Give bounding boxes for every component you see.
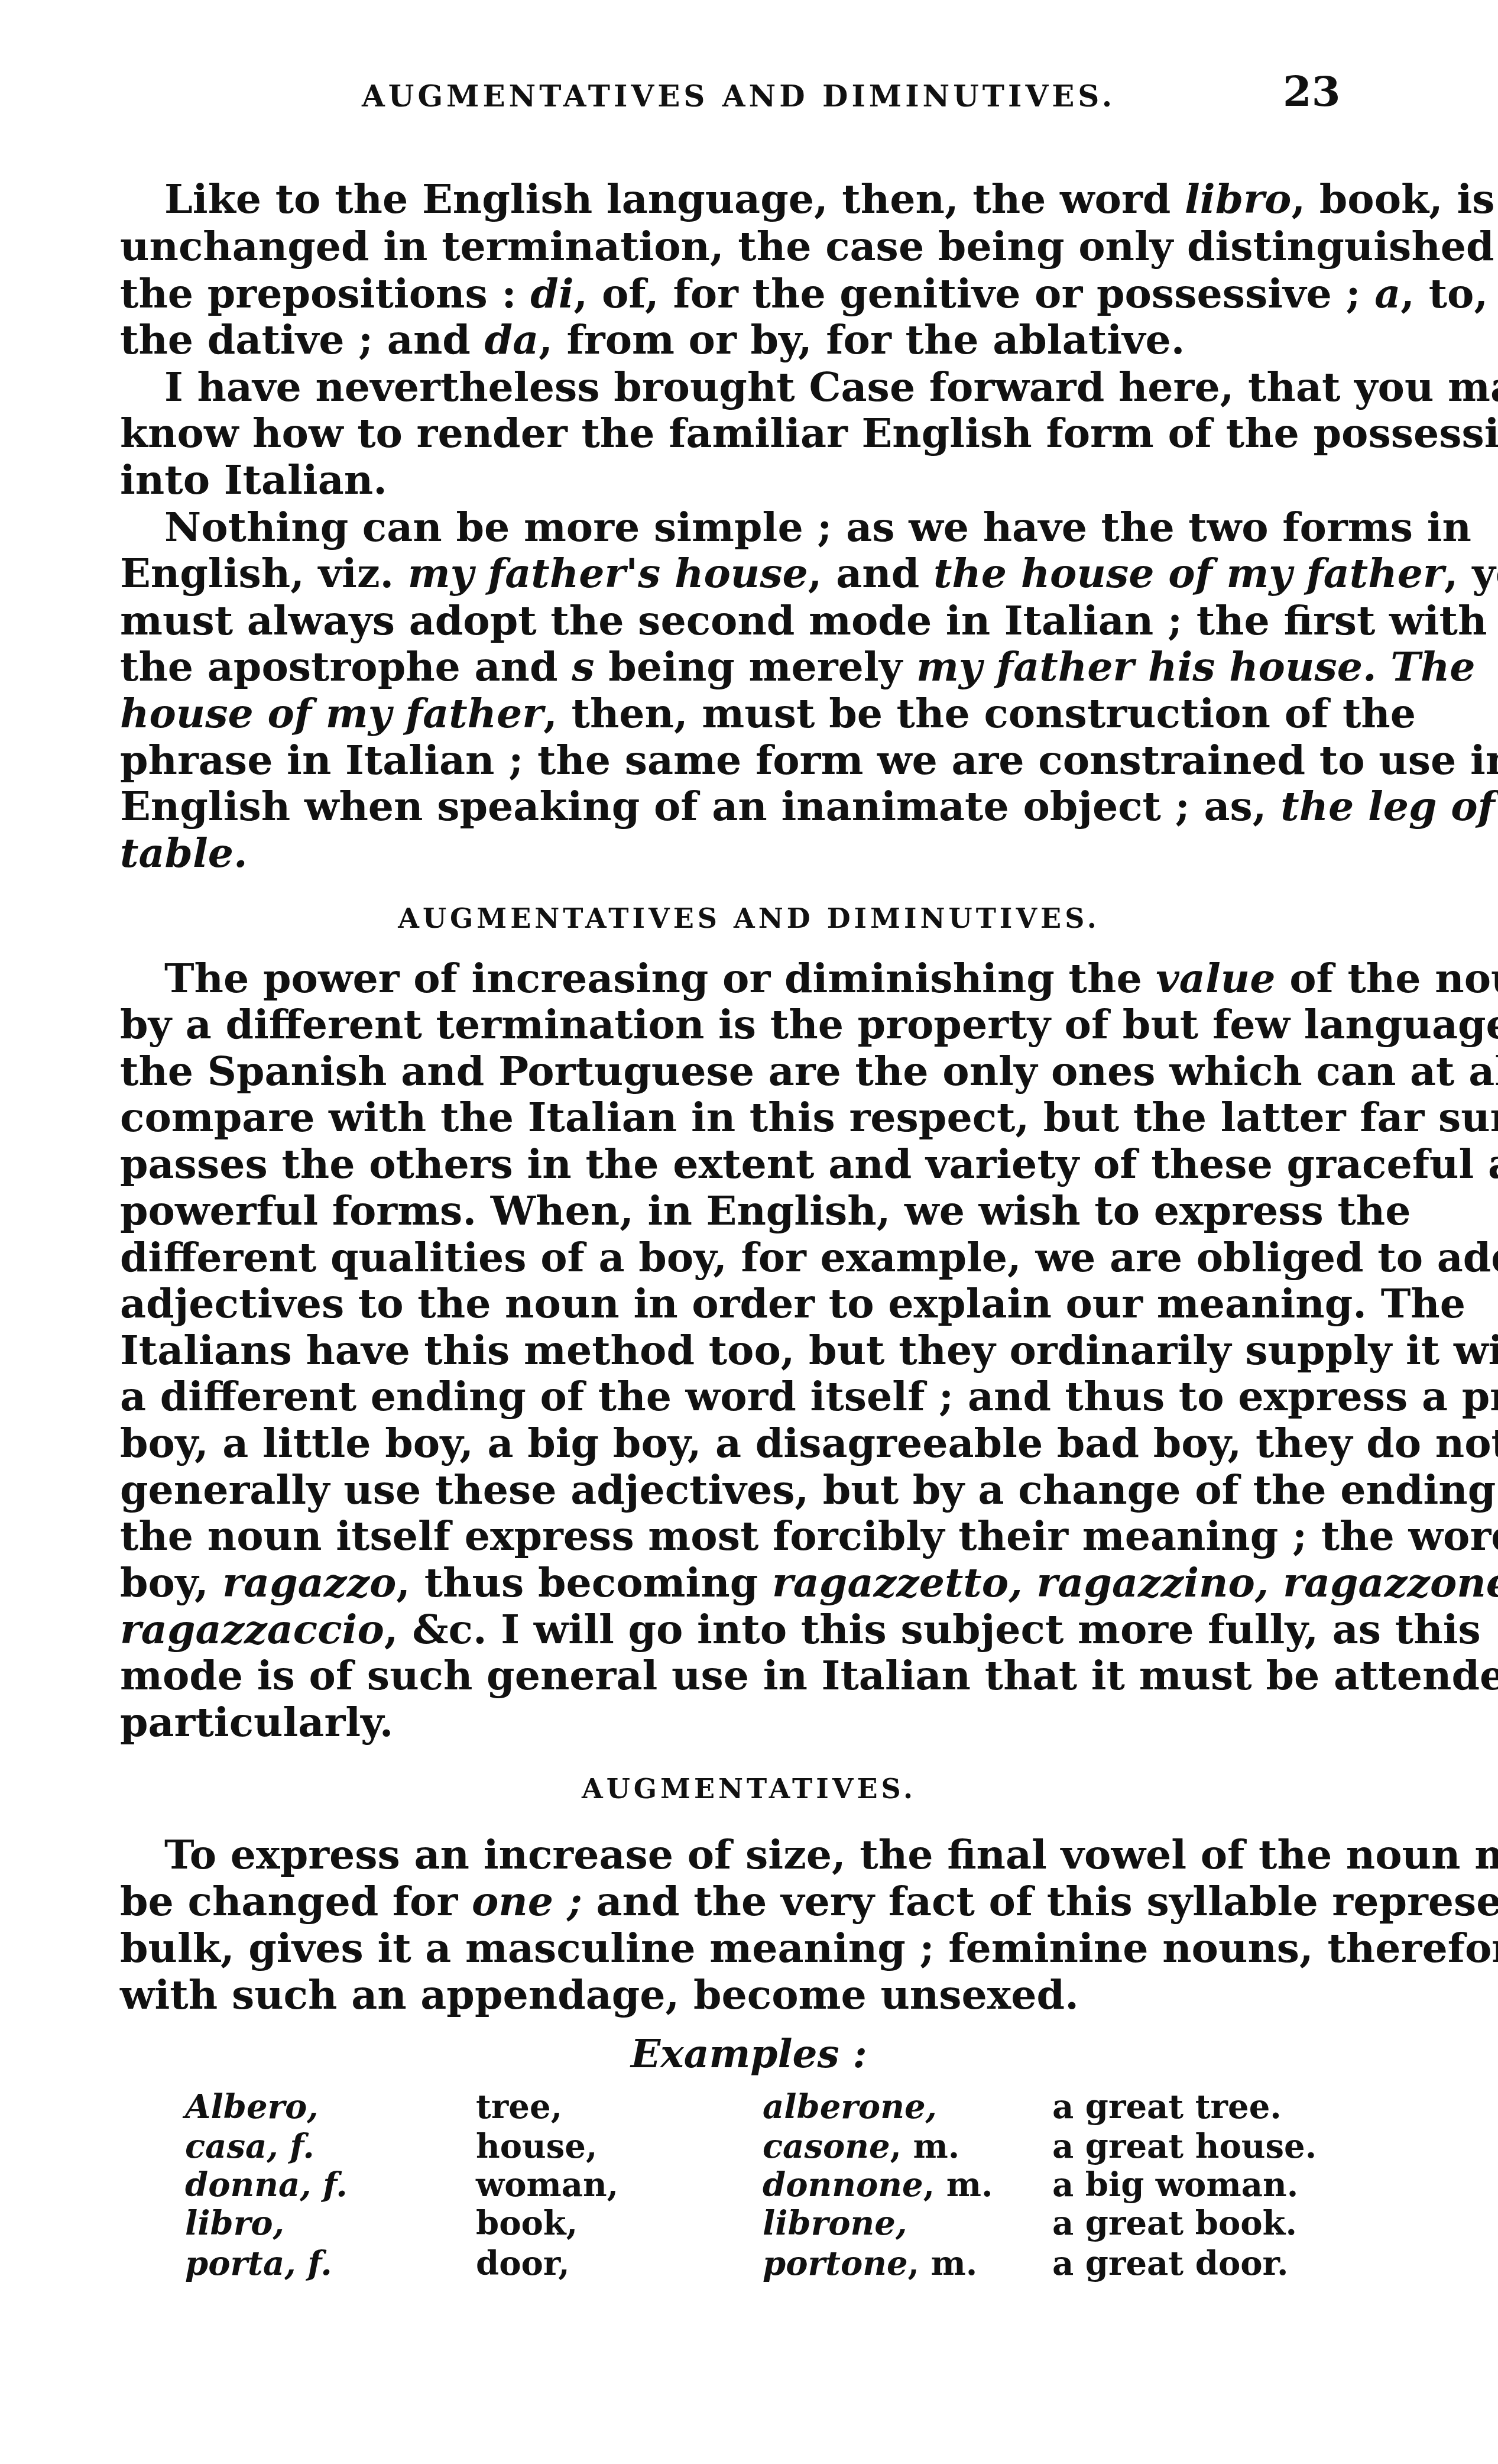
text-run: bulk, gives it a masculine meaning ; fem…	[120, 1925, 1498, 1972]
text-run: , &c. I will go into this subject more f…	[384, 1606, 1481, 1653]
text-line: with such an appendage, become unsexed.	[120, 1971, 1334, 2019]
text-line: boy, ragazzo, thus becoming ragazzetto, …	[120, 1559, 1334, 1607]
text-line: powerful forms. When, in English, we wis…	[120, 1187, 1334, 1235]
text-run: English when speaking of an inanimate ob…	[120, 783, 1280, 830]
augmentative-form: librone,	[763, 2204, 907, 2243]
english-meaning: tree,	[476, 2087, 562, 2126]
text-run: generally use these adjectives, but by a…	[120, 1466, 1498, 1514]
augmentative-word: donnone	[763, 2165, 923, 2204]
text-run: Like to the English language, then, the …	[164, 176, 1185, 223]
text-run: particularly.	[120, 1699, 393, 1746]
table-row: porta, f. door, portone, m. a great door…	[0, 2244, 1498, 2283]
book-page: AUGMENTATIVES AND DIMINUTIVES. 23 Like t…	[0, 0, 1498, 2464]
text-line: mode is of such general use in Italian t…	[120, 1652, 1334, 1699]
augmentative-form: casone, m.	[763, 2127, 959, 2166]
text-run: To express an increase of size, the fina…	[164, 1831, 1498, 1879]
text-run: and the very fact of this syllable repre…	[582, 1878, 1498, 1925]
italic-text: value	[1156, 955, 1275, 1002]
text-run: compare with the Italian in this respect…	[120, 1094, 1498, 1141]
text-run: the noun itself express most forcibly th…	[120, 1513, 1498, 1560]
augmentative-meaning: a big woman.	[1052, 2165, 1298, 2204]
text-run: Nothing can be more simple ; as we have …	[164, 504, 1471, 551]
text-line: compare with the Italian in this respect…	[120, 1094, 1334, 1141]
text-line: English, viz. my father's house, and the…	[120, 550, 1334, 597]
text-line: know how to render the familiar English …	[120, 410, 1334, 457]
italic-text: di	[530, 270, 573, 318]
english-meaning: door,	[476, 2244, 570, 2283]
text-line: bulk, gives it a masculine meaning ; fem…	[120, 1925, 1334, 1972]
text-line: particularly.	[120, 1699, 1334, 1746]
gender-mark: , m.	[908, 2244, 978, 2283]
text-run: , from or by, for the ablative.	[539, 316, 1185, 364]
text-run: boy, a little boy, a big boy, a disagree…	[120, 1420, 1498, 1467]
text-line: a different ending of the word itself ; …	[120, 1373, 1334, 1420]
text-line: must always adopt the second mode in Ita…	[120, 597, 1334, 645]
text-run: the dative ; and	[120, 316, 485, 364]
augmentative-word: portone	[763, 2244, 908, 2283]
text-line: the noun itself express most forcibly th…	[120, 1513, 1334, 1560]
text-run: , you	[1444, 550, 1498, 597]
text-run: boy,	[120, 1559, 222, 1607]
table-row: libro, book, librone, a great book.	[0, 2204, 1498, 2243]
gender-mark: , m.	[923, 2165, 993, 2204]
text-run: adjectives to the noun in order to expla…	[120, 1280, 1465, 1327]
text-run: must always adopt the second mode in Ita…	[120, 597, 1487, 645]
text-run: with such an appendage, become unsexed.	[120, 1971, 1079, 2019]
text-run: Italians have this method too, but they …	[120, 1327, 1498, 1374]
augmentative-form: portone, m.	[763, 2244, 977, 2283]
text-run: different qualities of a boy, for exampl…	[120, 1234, 1498, 1281]
italic-text: ragazzaccio	[120, 1606, 384, 1653]
italian-noun: casa, f.	[185, 2127, 314, 2166]
text-line: I have nevertheless brought Case forward…	[164, 364, 1334, 411]
text-line: the apostrophe and s being merely my fat…	[120, 643, 1334, 691]
english-meaning: book,	[476, 2204, 578, 2243]
text-run: into Italian.	[120, 456, 387, 504]
augmentative-form: alberone,	[763, 2087, 937, 2126]
text-line: different qualities of a boy, for exampl…	[120, 1234, 1334, 1281]
italic-text: da	[485, 316, 539, 364]
augmentative-meaning: a great tree.	[1052, 2087, 1282, 2126]
italian-noun: porta, f.	[185, 2244, 332, 2283]
italic-text: the house of my father	[933, 550, 1444, 597]
english-meaning: woman,	[476, 2165, 618, 2204]
text-run: be changed for	[120, 1878, 472, 1925]
italic-text: table.	[120, 830, 248, 877]
italic-text: a	[1374, 270, 1400, 318]
text-line: ragazzaccio, &c. I will go into this sub…	[120, 1606, 1334, 1653]
italic-text: The	[1390, 643, 1475, 691]
table-row: casa, f. house, casone, m. a great house…	[0, 2127, 1498, 2166]
italian-noun: donna, f.	[185, 2165, 348, 2204]
text-run: , book, is	[1291, 176, 1494, 223]
running-head-title: AUGMENTATIVES AND DIMINUTIVES.	[362, 82, 1095, 111]
text-run: of the noun	[1275, 955, 1498, 1002]
italic-text: my father his house.	[916, 643, 1377, 691]
gender-mark: , m.	[890, 2127, 960, 2166]
text-line: generally use these adjectives, but by a…	[120, 1466, 1334, 1514]
text-run: , and	[808, 550, 933, 597]
text-run: by a different termination is the proper…	[120, 1001, 1498, 1048]
augmentative-meaning: a great house.	[1052, 2127, 1317, 2166]
english-meaning: house,	[476, 2127, 597, 2166]
augmentative-meaning: a great door.	[1052, 2244, 1288, 2283]
text-run: , to, for	[1400, 270, 1498, 318]
text-line: house of my father, then, must be the co…	[120, 690, 1334, 737]
text-run: , then, must be the construction of the	[543, 690, 1416, 737]
augmentative-meaning: a great book.	[1052, 2204, 1297, 2243]
text-line: The power of increasing or diminishing t…	[164, 955, 1334, 1002]
text-run: the Spanish and Portuguese are the only …	[120, 1048, 1498, 1095]
text-line: adjectives to the noun in order to expla…	[120, 1280, 1334, 1327]
text-line: phrase in Italian ; the same form we are…	[120, 737, 1334, 784]
text-run: a different ending of the word itself ; …	[120, 1373, 1498, 1420]
text-line: the Spanish and Portuguese are the only …	[120, 1048, 1334, 1095]
text-line: the dative ; and da, from or by, for the…	[120, 316, 1334, 364]
italic-text: ragazzo	[222, 1559, 396, 1607]
italian-noun: Albero,	[185, 2087, 319, 2126]
text-line: unchanged in termination, the case being…	[120, 223, 1334, 270]
text-run	[1377, 643, 1391, 691]
text-line: into Italian.	[120, 456, 1334, 504]
italic-text: the leg of the	[1280, 783, 1498, 830]
italic-text: one ;	[472, 1878, 582, 1925]
text-run: the prepositions :	[120, 270, 530, 318]
text-run: know how to render the familiar English …	[120, 410, 1498, 457]
augmentative-word: librone,	[763, 2204, 907, 2243]
section-heading-augmentatives-and-diminutives: AUGMENTATIVES AND DIMINUTIVES.	[0, 904, 1498, 933]
italic-text: s	[572, 643, 594, 691]
text-line: table.	[120, 830, 1334, 877]
augmentative-word: alberone,	[763, 2087, 937, 2126]
page-number: 23	[1283, 71, 1336, 112]
text-line: Italians have this method too, but they …	[120, 1327, 1334, 1374]
text-run: mode is of such general use in Italian t…	[120, 1652, 1498, 1699]
italic-text: ragazzetto, ragazzino, ragazzone,	[772, 1559, 1498, 1607]
text-line: English when speaking of an inanimate ob…	[120, 783, 1334, 830]
text-run: passes the others in the extent and vari…	[120, 1141, 1498, 1188]
text-run: The power of increasing or diminishing t…	[164, 955, 1156, 1002]
text-run: , thus becoming	[396, 1559, 772, 1607]
text-run: phrase in Italian ; the same form we are…	[120, 737, 1498, 784]
table-row: Albero, tree, alberone, a great tree.	[0, 2087, 1498, 2126]
text-run: powerful forms. When, in English, we wis…	[120, 1187, 1411, 1235]
text-line: the prepositions : di, of, for the genit…	[120, 270, 1334, 318]
text-line: Nothing can be more simple ; as we have …	[164, 504, 1334, 551]
text-line: be changed for one ; and the very fact o…	[120, 1878, 1334, 1925]
text-run: the apostrophe and	[120, 643, 572, 691]
text-run: , of, for the genitive or possessive ;	[574, 270, 1375, 318]
italic-text: my father's house	[408, 550, 808, 597]
text-line: boy, a little boy, a big boy, a disagree…	[120, 1420, 1334, 1467]
text-run: unchanged in termination, the case being…	[120, 223, 1498, 270]
text-line: by a different termination is the proper…	[120, 1001, 1334, 1048]
text-run: English, viz.	[120, 550, 408, 597]
text-line: To express an increase of size, the fina…	[164, 1831, 1334, 1879]
augmentative-word: casone	[763, 2127, 890, 2166]
text-line: Like to the English language, then, the …	[164, 176, 1334, 223]
italian-noun: libro,	[185, 2204, 284, 2243]
section-heading-augmentatives: AUGMENTATIVES.	[0, 1774, 1498, 1804]
italic-text: libro	[1185, 176, 1291, 223]
text-run: I have nevertheless brought Case forward…	[164, 364, 1498, 411]
augmentative-form: donnone, m.	[763, 2165, 993, 2204]
text-run: being merely	[595, 643, 916, 691]
examples-title: Examples :	[0, 2033, 1498, 2074]
text-line: passes the others in the extent and vari…	[120, 1141, 1334, 1188]
table-row: donna, f. woman, donnone, m. a big woman…	[0, 2165, 1498, 2204]
italic-text: house of my father	[120, 690, 543, 737]
